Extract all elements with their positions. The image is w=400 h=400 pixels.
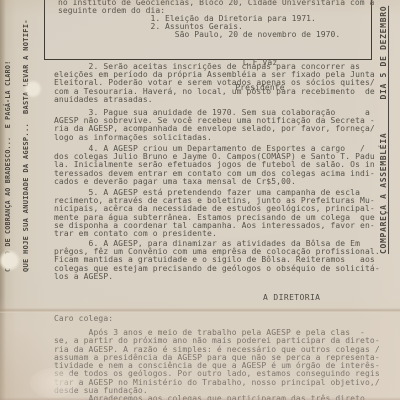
punch-hole-lower bbox=[2, 253, 17, 268]
left-margin-note-line1: QUE HOJE SUA ANUIDADE DA AGESP... BASTA … bbox=[22, 19, 30, 272]
letter-paragraph-6: 6. A AGESP, para dinamizar as atividades… bbox=[54, 240, 380, 281]
letter-paragraph-5: 5. A AGESP está pretendendo fazer uma ca… bbox=[54, 189, 375, 238]
scanned-document-page: no Instituto de Geociências, Bloco 20, C… bbox=[0, 0, 400, 400]
letter-signoff: A DIRETORIA bbox=[263, 294, 320, 302]
right-margin-note: COMPAREÇA A ASSEMBLÉIA DIA 5 DE DEZEMBRO bbox=[379, 6, 388, 254]
note-body-text: Após 3 anos e meio de trabalho pela AGES… bbox=[54, 329, 380, 400]
fold-crease-line bbox=[0, 308, 400, 313]
letter-paragraph-2: 2. Serão aceitas inscrições de chapas pa… bbox=[54, 63, 375, 104]
note-salutation: Caro colega: bbox=[54, 315, 113, 323]
notice-agenda-text: no Instituto de Geociências, Bloco 20, C… bbox=[58, 0, 374, 39]
paper-stain bbox=[30, 368, 78, 398]
letter-paragraph-4: 4. A AGESP criou um Departamento de Espo… bbox=[54, 145, 375, 186]
punch-hole-upper bbox=[27, 83, 39, 95]
left-margin-note-line2: CAÇÃO DE COBRANÇA AO BRADESCO... E PAGÁ-… bbox=[4, 61, 12, 272]
letter-paragraph-3: 3. Pague sua anuidade de 1970. Sem sua c… bbox=[54, 109, 375, 142]
